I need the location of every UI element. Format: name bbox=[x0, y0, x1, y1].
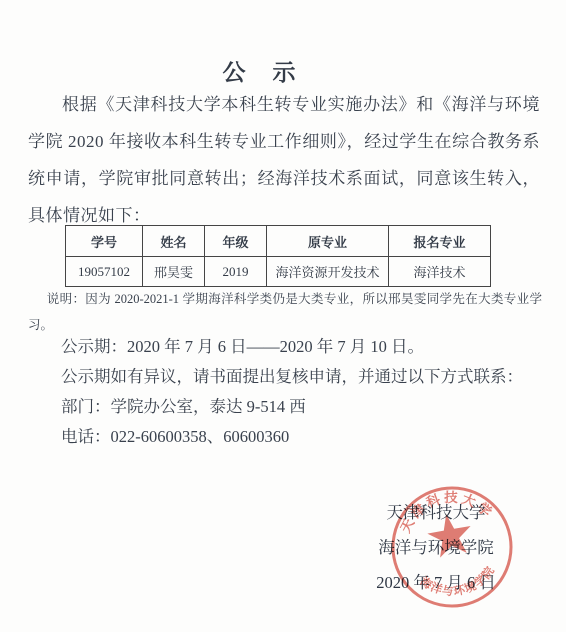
objection-line: 公示期如有异议，请书面提出复核申请，并通过以下方式联系： bbox=[28, 362, 540, 392]
signature-date: 2020 年 7 月 6 日 bbox=[368, 565, 504, 600]
cell-target-major: 海洋技术 bbox=[389, 257, 491, 287]
cell-orig-major: 海洋资源开发技术 bbox=[267, 257, 389, 287]
notice-paragraph: 根据《天津科技大学本科生转专业实施办法》和《海洋与环境学院 2020 年接收本科… bbox=[28, 86, 540, 234]
table-header-orig-major: 原专业 bbox=[267, 226, 389, 257]
table-row: 19057102 邢昊雯 2019 海洋资源开发技术 海洋技术 bbox=[66, 257, 491, 287]
cell-student-id: 19057102 bbox=[66, 257, 143, 287]
transfer-table: 学号 姓名 年级 原专业 报名专业 19057102 邢昊雯 2019 海洋资源… bbox=[65, 225, 491, 287]
contact-block: 公示期：2020 年 7 月 6 日——2020 年 7 月 10 日。 公示期… bbox=[28, 332, 540, 452]
cell-grade: 2019 bbox=[205, 257, 267, 287]
signature-college: 海洋与环境学院 bbox=[368, 530, 504, 565]
cell-name: 邢昊雯 bbox=[143, 257, 205, 287]
table-header-name: 姓名 bbox=[143, 226, 205, 257]
table-header-grade: 年级 bbox=[205, 226, 267, 257]
table-header-row: 学号 姓名 年级 原专业 报名专业 bbox=[66, 226, 491, 257]
table-header-student-id: 学号 bbox=[66, 226, 143, 257]
signature-university: 天津科技大学 bbox=[368, 495, 504, 530]
phone-line: 电话：022-60600358、60600360 bbox=[28, 422, 540, 452]
department-line: 部门：学院办公室，泰达 9-514 西 bbox=[28, 392, 540, 422]
signature-block: 天津科技大学 海洋与环境学院 2020 年 7 月 6 日 bbox=[368, 495, 504, 600]
period-line: 公示期：2020 年 7 月 6 日——2020 年 7 月 10 日。 bbox=[28, 332, 540, 362]
page-title: 公 示 bbox=[0, 54, 520, 87]
note-text: 说明：因为 2020-2021-1 学期海洋科学类仍是大类专业，所以邢昊雯同学先… bbox=[28, 286, 542, 338]
table-header-target-major: 报名专业 bbox=[389, 226, 491, 257]
public-notice-document: 公 示 根据《天津科技大学本科生转专业实施办法》和《海洋与环境学院 2020 年… bbox=[0, 0, 566, 632]
